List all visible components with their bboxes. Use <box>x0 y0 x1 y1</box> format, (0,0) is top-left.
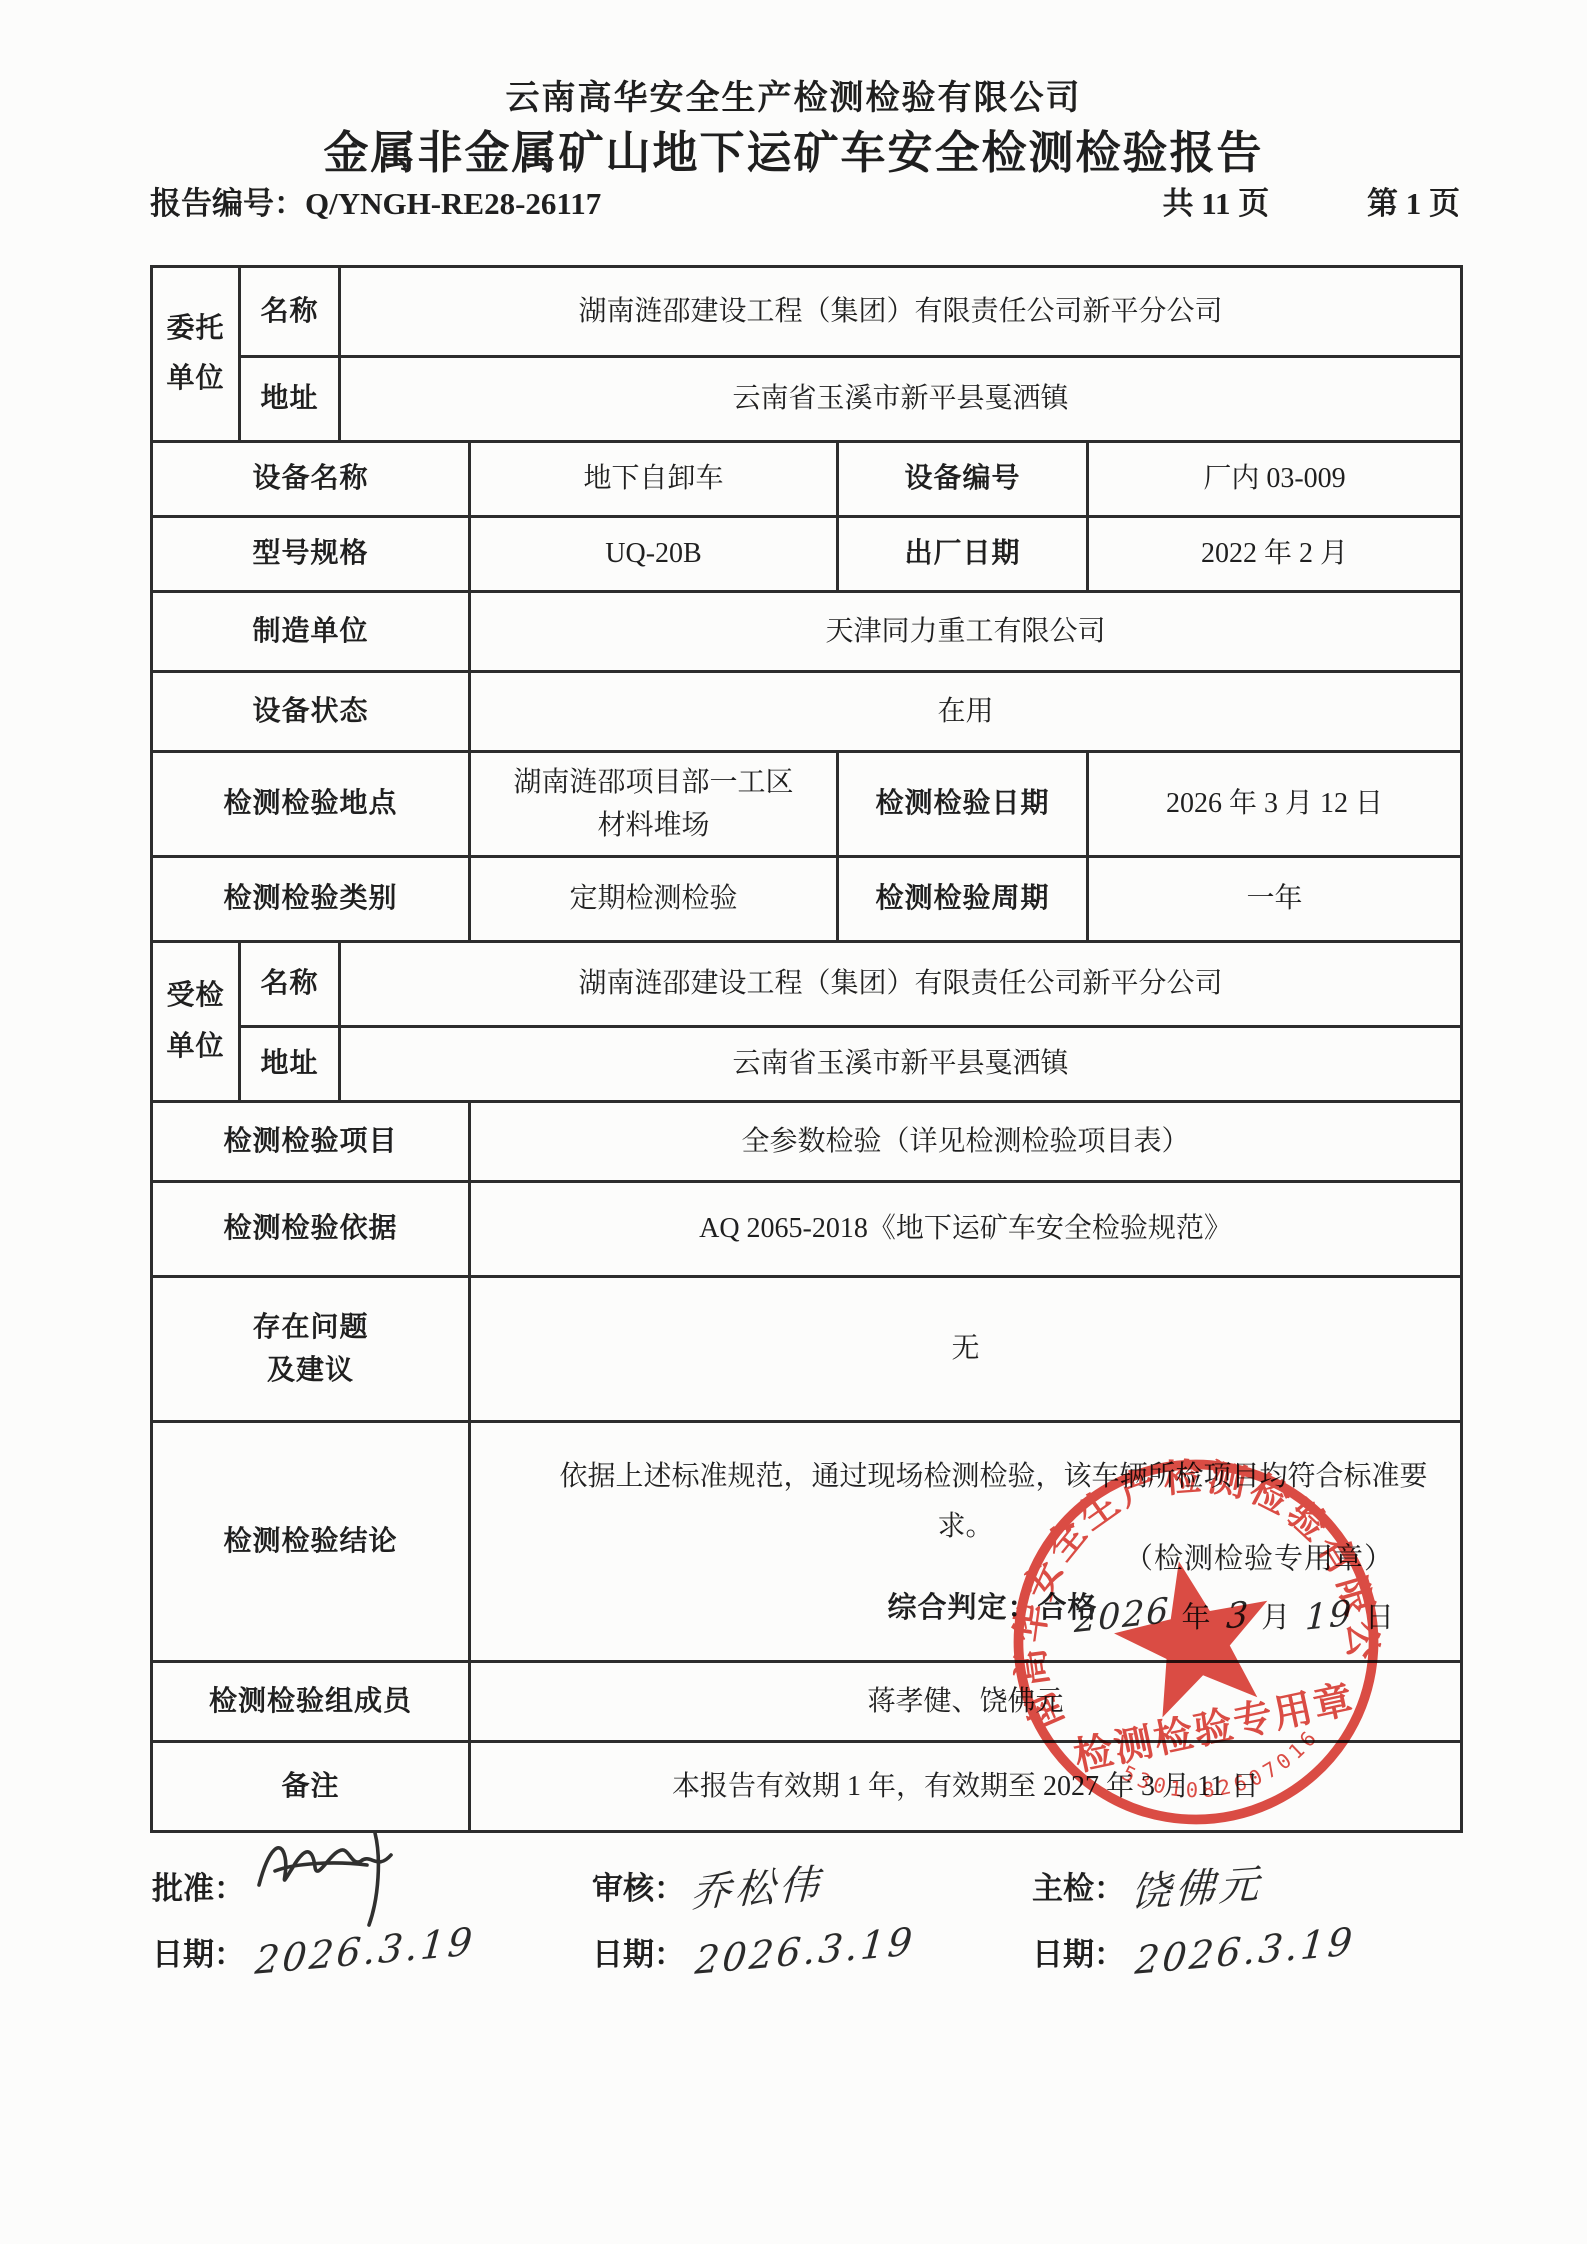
cycle-label: 检测检验周期 <box>838 857 1088 942</box>
chief-label: 主检： <box>1032 1863 1125 1908</box>
chief-block: 主检： 饶佛元 日期： 2026.3.19 <box>1032 1852 1482 1984</box>
review-signature: 乔松伟 <box>690 1852 824 1918</box>
seal-date-day: 19 <box>1305 1587 1355 1646</box>
basis-value: AQ 2065-2018《地下运矿车安全检验规范》 <box>470 1182 1462 1277</box>
model-label: 型号规格 <box>152 517 470 592</box>
conclusion-label: 检测检验结论 <box>152 1422 470 1662</box>
seal-date-month: 3 <box>1225 1589 1251 1646</box>
cycle-value: 一年 <box>1088 857 1462 942</box>
manufacturer-value: 天津同力重工有限公司 <box>470 592 1462 672</box>
items-label: 检测检验项目 <box>152 1102 470 1182</box>
insp-date-label: 检测检验日期 <box>838 752 1088 857</box>
type-value: 定期检测检验 <box>470 857 838 942</box>
signature-section: 批准： 日期： 2026.3.19 审核： 乔松伟 日期： <box>152 1852 1482 1984</box>
team-label: 检测检验组成员 <box>152 1662 470 1742</box>
page-indicator: 共 11 页 第 1 页 <box>1162 178 1460 223</box>
conclusion-cell: 依据上述标准规范，通过现场检测检验，该车辆所检项目均符合标准要求。 综合判定：合… <box>470 1422 1462 1662</box>
inspected-name-label: 名称 <box>240 942 340 1027</box>
site-label: 检测检验地点 <box>152 752 470 857</box>
inspected-addr-value: 云南省玉溪市新平县戛洒镇 <box>340 1027 1462 1102</box>
report-number-label: 报告编号： <box>150 186 305 221</box>
current-page: 第 1 页 <box>1367 178 1460 223</box>
inspected-group-label: 受检单位 <box>152 942 240 1102</box>
type-label: 检测检验类别 <box>152 857 470 942</box>
review-block: 审核： 乔松伟 日期： 2026.3.19 <box>592 1852 1032 1984</box>
inspected-addr-label: 地址 <box>240 1027 340 1102</box>
team-value: 蒋孝健、饶佛元 <box>470 1662 1462 1742</box>
seal-date-line: 2026 年 3 月 19 日 <box>1074 1590 1398 1644</box>
basis-label: 检测检验依据 <box>152 1182 470 1277</box>
chief-date: 2026.3.19 <box>1133 1919 1356 1983</box>
mfg-date-label: 出厂日期 <box>838 517 1088 592</box>
chief-signature: 饶佛元 <box>1130 1852 1264 1918</box>
seal-note-text: （检测检验专用章） <box>1124 1537 1394 1582</box>
client-name-label: 名称 <box>240 267 340 357</box>
review-label: 审核： <box>592 1863 685 1908</box>
remark-value: 本报告有效期 1 年，有效期至 2027 年 3 月 11 日 <box>470 1742 1462 1832</box>
device-name-label: 设备名称 <box>152 442 470 517</box>
model-value: UQ-20B <box>470 517 838 592</box>
client-group-label: 委托单位 <box>152 267 240 442</box>
report-page: 云南高华安全生产检测检验有限公司 金属非金属矿山地下运矿车安全检测检验报告 报告… <box>0 0 1587 2244</box>
remark-label: 备注 <box>152 1742 470 1832</box>
report-number: 报告编号：Q/YNGH-RE28-26117 <box>150 178 601 223</box>
status-value: 在用 <box>470 672 1462 752</box>
status-label: 设备状态 <box>152 672 470 752</box>
client-addr-value: 云南省玉溪市新平县戛洒镇 <box>340 357 1462 442</box>
report-table: 委托单位 名称 湖南涟邵建设工程（集团）有限责任公司新平分公司 地址 云南省玉溪… <box>150 265 1463 1833</box>
inspected-name-value: 湖南涟邵建设工程（集团）有限责任公司新平分公司 <box>340 942 1462 1027</box>
total-pages: 共 11 页 <box>1162 178 1269 223</box>
device-name-value: 地下自卸车 <box>470 442 838 517</box>
mfg-date-value: 2022 年 2 月 <box>1088 517 1462 592</box>
approve-signature-scribble <box>249 1823 419 1933</box>
seal-date-year: 2026 <box>1073 1585 1171 1650</box>
company-name: 云南高华安全生产检测检验有限公司 <box>0 70 1587 119</box>
chief-date-label: 日期： <box>1032 1929 1125 1974</box>
approve-label: 批准： <box>152 1863 245 1908</box>
review-date-label: 日期： <box>592 1929 685 1974</box>
approve-block: 批准： 日期： 2026.3.19 <box>152 1852 592 1984</box>
issues-value: 无 <box>470 1277 1462 1422</box>
report-number-value: Q/YNGH-RE28-26117 <box>305 186 601 221</box>
items-value: 全参数检验（详见检测检验项目表） <box>470 1102 1462 1182</box>
site-value: 湖南涟邵项目部一工区材料堆场 <box>470 752 838 857</box>
device-no-label: 设备编号 <box>838 442 1088 517</box>
review-date: 2026.3.19 <box>693 1919 916 1983</box>
manufacturer-label: 制造单位 <box>152 592 470 672</box>
issues-label: 存在问题及建议 <box>152 1277 470 1422</box>
client-addr-label: 地址 <box>240 357 340 442</box>
approve-date-label: 日期： <box>152 1929 245 1974</box>
client-name-value: 湖南涟邵建设工程（集团）有限责任公司新平分公司 <box>340 267 1462 357</box>
report-title: 金属非金属矿山地下运矿车安全检测检验报告 <box>0 116 1587 181</box>
header-meta: 报告编号：Q/YNGH-RE28-26117 共 11 页 第 1 页 <box>150 178 1460 223</box>
device-no-value: 厂内 03-009 <box>1088 442 1462 517</box>
insp-date-value: 2026 年 3 月 12 日 <box>1088 752 1462 857</box>
